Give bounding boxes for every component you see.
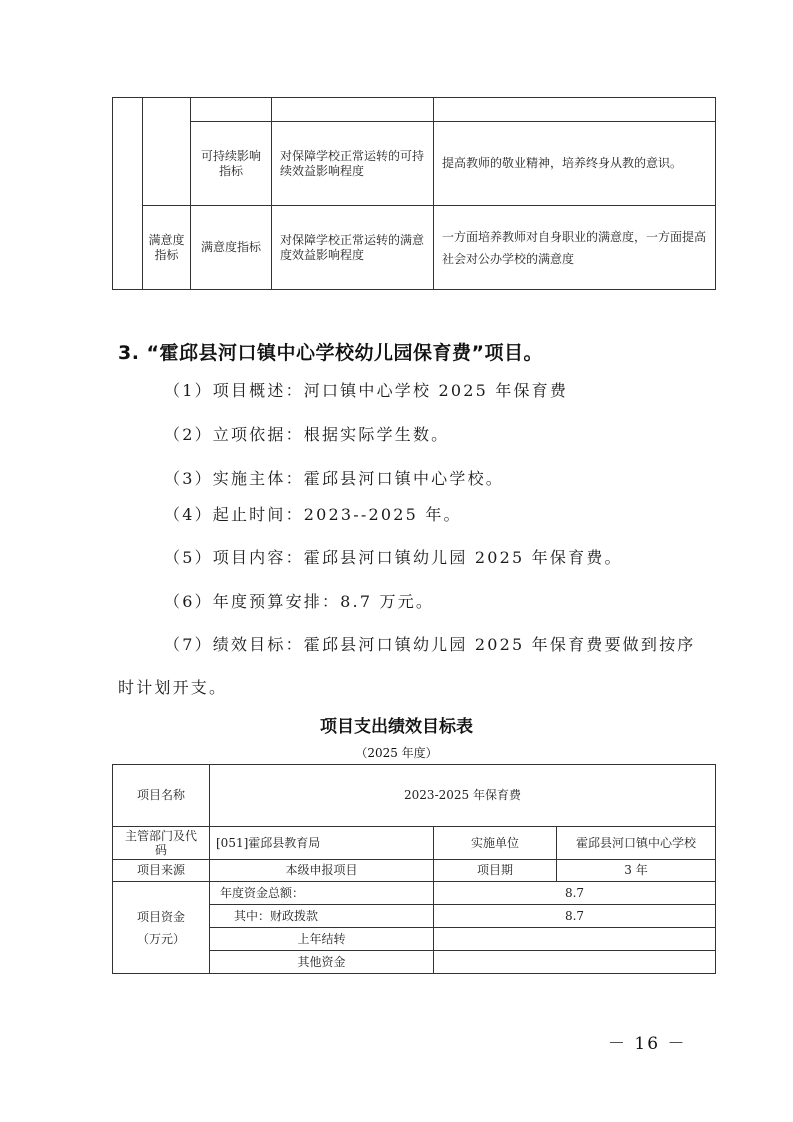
category-cell: [143, 98, 191, 206]
table-row: [113, 98, 716, 122]
fund-row-label: 其他资金: [210, 951, 434, 974]
period-label: 项目期: [434, 860, 557, 882]
project-name-label: 项目名称: [113, 765, 210, 827]
indicator-cell: [272, 98, 434, 122]
category-cell: 满意度指标: [143, 206, 191, 290]
project-name-value: 2023-2025 年保育费: [210, 765, 716, 827]
item-goal: （7）绩效目标：霍邱县河口镇幼儿园 2025 年保育费要做到按序: [164, 635, 695, 655]
item-basis: （2）立项依据：根据实际学生数。: [164, 425, 449, 445]
table-row: 项目资金 （万元） 年度资金总额： 8.7: [113, 882, 716, 905]
dept-value: [051]霍邱县教育局: [210, 827, 434, 860]
item-content: （5）项目内容：霍邱县河口镇幼儿园 2025 年保育费。: [164, 548, 623, 568]
table-year-note: （2025 年度）: [0, 744, 793, 761]
impl-unit-label: 实施单位: [434, 827, 557, 860]
funds-label-line2: （万元）: [119, 928, 203, 950]
indicator-cell: 对保障学校正常运转的满意 度效益影响程度: [272, 206, 434, 290]
fund-row-value: [434, 951, 716, 974]
indicator-cell: 对保障学校正常运转的可持 续效益影响程度: [272, 122, 434, 206]
item-goal-continuation: 时计划开支。: [118, 678, 227, 698]
table-row: 满意度指标 满意度指标 对保障学校正常运转的满意 度效益影响程度 一方面培养教师…: [113, 206, 716, 290]
period-value: 3 年: [557, 860, 716, 882]
funds-label: 项目资金 （万元）: [113, 882, 210, 974]
item-overview: （1）项目概述：河口镇中心学校 2025 年保育费: [164, 381, 568, 401]
table-row: 主管部门及代码 [051]霍邱县教育局 实施单位 霍邱县河口镇中心学校: [113, 827, 716, 860]
table-row: 项目来源 本级申报项目 项目期 3 年: [113, 860, 716, 882]
table-row: 可持续影响指标 对保障学校正常运转的可持 续效益影响程度 提高教师的敬业精神，培…: [113, 122, 716, 206]
source-value: 本级申报项目: [210, 860, 434, 882]
performance-target-table: 项目名称 2023-2025 年保育费 主管部门及代码 [051]霍邱县教育局 …: [112, 764, 716, 974]
fund-row-value: 8.7: [434, 905, 716, 928]
subcategory-cell: 可持续影响指标: [191, 122, 272, 206]
impl-unit-value: 霍邱县河口镇中心学校: [557, 827, 716, 860]
fund-row-label: 其中：财政拨款: [210, 905, 434, 928]
fund-row-label: 年度资金总额：: [210, 882, 434, 905]
indicator-table-continued: 可持续影响指标 对保障学校正常运转的可持 续效益影响程度 提高教师的敬业精神，培…: [112, 97, 716, 290]
content-cell: 一方面培养教师对自身职业的满意度，一方面提高社会对公办学校的满意度: [434, 206, 716, 290]
dept-label: 主管部门及代码: [113, 827, 210, 860]
source-label: 项目来源: [113, 860, 210, 882]
fund-row-value: 8.7: [434, 882, 716, 905]
page-number: － 16 －: [608, 1029, 686, 1054]
table-row: 项目名称 2023-2025 年保育费: [113, 765, 716, 827]
item-subject: （3）实施主体：霍邱县河口镇中心学校。: [164, 469, 504, 489]
funds-label-line1: 项目资金: [119, 906, 203, 928]
section-heading: 3. “霍邱县河口镇中心学校幼儿园保育费”项目。: [118, 338, 543, 365]
fund-row-label: 上年结转: [210, 928, 434, 951]
subcategory-cell: 满意度指标: [191, 206, 272, 290]
content-cell: 提高教师的敬业精神，培养终身从教的意识。: [434, 122, 716, 206]
subcategory-cell: [191, 98, 272, 122]
item-period: （4）起止时间：2023--2025 年。: [164, 505, 462, 525]
fund-row-value: [434, 928, 716, 951]
table-title: 项目支出绩效目标表: [0, 712, 793, 737]
content-cell: [434, 98, 716, 122]
category-cell: [113, 98, 143, 290]
item-budget: （6）年度预算安排：8.7 万元。: [164, 592, 434, 612]
